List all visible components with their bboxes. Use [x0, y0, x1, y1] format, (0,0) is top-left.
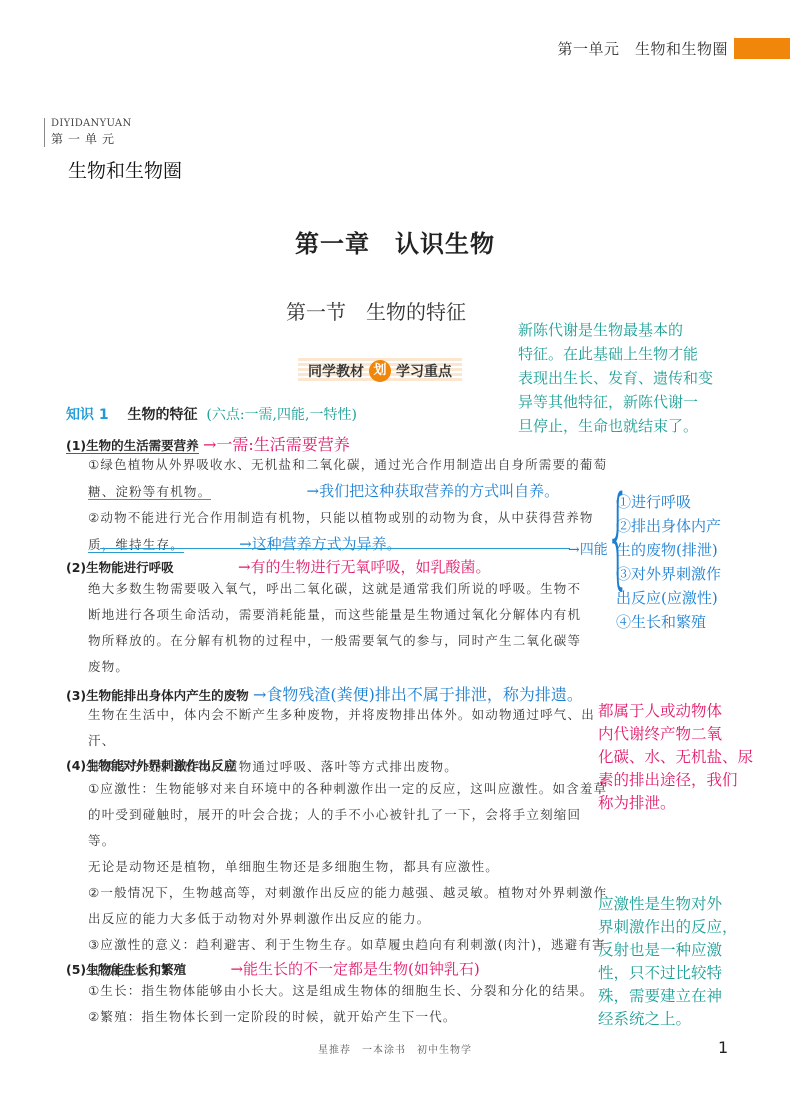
note-line: 化碳、水、无机盐、尿 [598, 746, 753, 769]
note-line: 表现出生长、发育、遗传和变 [518, 366, 713, 390]
banner-left: 同学教材 [308, 361, 364, 381]
knowledge-number: 知识 1 [66, 407, 109, 423]
page-number: 1 [718, 1038, 728, 1057]
unit-pinyin: DIYIDANYUAN [51, 118, 132, 129]
note-line: 都属于人或动物体 [598, 700, 753, 723]
highlight-badge-icon: 划 [369, 360, 391, 382]
key-points-banner: 同学教材 划 学习重点 [298, 358, 462, 383]
note-line: 出反应(应激性) [616, 586, 721, 610]
point-4-heading: (4)生物能对外界刺激作出反应 [66, 756, 236, 774]
paragraph-line: ②一般情况下，生物越高等，对刺激作出反应的能力越强、越灵敏。植物对外界刺激作 [88, 880, 608, 906]
point-2-heading: (2)生物能进行呼吸 →有的生物进行无氧呼吸，如乳酸菌。 [66, 556, 491, 577]
header-accent-bar [734, 38, 790, 59]
point-2-annotation: →有的生物进行无氧呼吸，如乳酸菌。 [238, 558, 491, 576]
note-line: 异等其他特征，新陈代谢一 [518, 390, 713, 414]
paragraph-line: 绝大多数生物需要吸入氧气，呼出二氧化碳，这就是通常我们所说的呼吸。生物不 [88, 576, 608, 602]
paragraph-line: ②繁殖：指生物体长到一定阶段的时候，就开始产生下一代。 [88, 1004, 608, 1030]
four-abilities-label: →四能 [568, 539, 608, 559]
note-line: ③对外界刺激作 [616, 562, 721, 586]
paragraph-line: 物所释放的。在分解有机物的过程中，一般需要氧气的参与，同时产生二氧化碳等 [88, 628, 608, 654]
note-line: 殊，需要建立在神 [598, 985, 738, 1008]
paragraph-line: ③应激性的意义：趋利避害、利于生物生存。如草履虫趋向有利刺激(肉汁)，逃避有害 [88, 932, 608, 958]
paragraph-line: 废物。 [88, 654, 608, 680]
note-line: 界刺激作出的反应， [598, 916, 738, 939]
banner-right: 学习重点 [396, 361, 452, 381]
paragraph-line: 糖、淀粉等有机物。 [88, 484, 211, 500]
chapter-title: 第一章 认识生物 [0, 224, 790, 259]
note-line: ②排出身体内产 [616, 514, 721, 538]
paragraph-line: ②动物不能进行光合作用制造有机物，只能以植物或别的动物为食，从中获得营养物 [88, 505, 608, 531]
autotroph-note: →我们把这种获取营养的方式叫自养。 [307, 482, 560, 500]
section-title: 第一节 生物的特征 [286, 296, 466, 325]
note-line: 特征。在此基础上生物才能 [518, 342, 713, 366]
note-line: 称为排泄。 [598, 792, 753, 815]
note-irritability: 应激性是生物对外 界刺激作出的反应， 反射也是一种应激 性，只不过比较特 殊，需… [598, 893, 738, 1031]
page-footer: 星推荐 一本涂书 初中生物学 [0, 1041, 790, 1056]
note-excretion: 都属于人或动物体 内代谢终产物二氧 化碳、水、无机盐、尿 素的排出途径，我们 称… [598, 700, 753, 815]
knowledge-note: (六点:一需,四能,一特性) [206, 407, 357, 423]
point-1-body: ①绿色植物从外界吸收水、无机盐和二氧化碳，通过光合作用制造出自身所需要的葡萄 糖… [88, 452, 608, 558]
point-heading-text: (2)生物能进行呼吸 [66, 560, 174, 575]
point-heading-text: (5)生物能生长和繁殖 [66, 962, 186, 977]
paragraph-line: 出反应的能力大多低于动物对外界刺激作出反应的能力。 [88, 906, 608, 932]
unit-title: 生物和生物圈 [68, 156, 182, 183]
point-2-body: 绝大多数生物需要吸入氧气，呼出二氧化碳，这就是通常我们所说的呼吸。生物不 断地进… [88, 576, 608, 680]
heterotroph-note: →这种营养方式为异养。 [239, 535, 402, 553]
paragraph-line: ①应激性：生物能够对来自环境中的各种刺激作出一定的反应，这叫应激性。如含羞草 [88, 776, 608, 802]
note-line: 素的排出途径，我们 [598, 769, 753, 792]
note-line: 生的废物(排泄) [616, 538, 721, 562]
note-metabolism: 新陈代谢是生物最基本的 特征。在此基础上生物才能 表现出生长、发育、遗传和变 异… [518, 318, 713, 438]
paragraph-line: ①绿色植物从外界吸收水、无机盐和二氧化碳，通过光合作用制造出自身所需要的葡萄 [88, 452, 608, 478]
point-heading-text: (3)生物能排出身体内产生的废物 [66, 688, 249, 703]
knowledge-title: 生物的特征 [128, 407, 198, 423]
note-line: 内代谢终产物二氧 [598, 723, 753, 746]
note-line: 新陈代谢是生物最基本的 [518, 318, 713, 342]
note-line: ①进行呼吸 [616, 490, 721, 514]
point-5-heading: (5)生物能生长和繁殖 →能生长的不一定都是生物(如钟乳石) [66, 958, 480, 979]
point-5-annotation: →能生长的不一定都是生物(如钟乳石) [230, 960, 479, 978]
note-line: 应激性是生物对外 [598, 893, 738, 916]
paragraph-line: 的叶受到碰触时，展开的叶会合拢；人的手不小心被针扎了一下，会将手立刻缩回等。 [88, 802, 608, 854]
note-line: 性，只不过比较特 [598, 962, 738, 985]
note-line: 反射也是一种应激 [598, 939, 738, 962]
unit-label: 第一单元 [51, 130, 132, 147]
running-header: 第一单元 生物和生物圈 [557, 38, 728, 59]
paragraph-line: 质，维持生存。 [88, 537, 184, 553]
note-line: ④生长和繁殖 [616, 610, 721, 634]
point-5-body: ①生长：指生物体能够由小长大。这是组成生物体的细胞生长、分裂和分化的结果。 ②繁… [88, 978, 608, 1030]
paragraph-line: 无论是动物还是植物，单细胞生物还是多细胞生物，都具有应激性。 [88, 854, 608, 880]
unit-label-box: DIYIDANYUAN 第一单元 [44, 118, 132, 147]
point-4-body: ①应激性：生物能够对来自环境中的各种刺激作出一定的反应，这叫应激性。如含羞草 的… [88, 776, 608, 984]
four-abilities-connector [100, 548, 570, 549]
note-line: 经系统之上。 [598, 1008, 738, 1031]
knowledge-heading: 知识 1 生物的特征 (六点:一需,四能,一特性) [66, 404, 357, 424]
paragraph-line: 断地进行各项生命活动，需要消耗能量，而这些能量是生物通过氧化分解体内有机 [88, 602, 608, 628]
note-four-abilities: ①进行呼吸 ②排出身体内产 生的废物(排泄) ③对外界刺激作 出反应(应激性) … [616, 490, 721, 634]
note-line: 旦停止，生命也就结束了。 [518, 414, 713, 438]
paragraph-line: 生物在生活中，体内会不断产生多种废物，并将废物排出体外。如动物通过呼气、出汗、 [88, 702, 608, 754]
paragraph-line: ①生长：指生物体能够由小长大。这是组成生物体的细胞生长、分裂和分化的结果。 [88, 978, 608, 1004]
